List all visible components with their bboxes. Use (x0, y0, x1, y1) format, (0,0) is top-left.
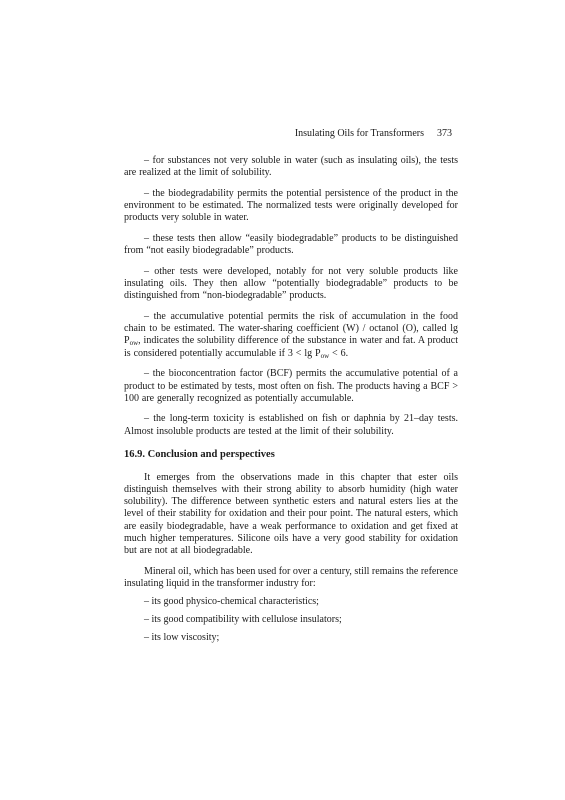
section-heading: 16.9. Conclusion and perspectives (124, 448, 458, 461)
paragraph-conclusion-esters: It emerges from the observations made in… (124, 472, 458, 557)
list-item-viscosity: – its low viscosity; (124, 632, 458, 644)
paragraph-accumulative-potential: – the accumulative potential permits the… (124, 311, 458, 360)
page-content: Insulating Oils for Transformers 373 – f… (124, 128, 458, 649)
text-segment: , indicates the solubility difference of… (124, 335, 458, 358)
paragraph-other-tests: – other tests were developed, notably fo… (124, 266, 458, 303)
paragraph-mineral-oil: Mineral oil, which has been used for ove… (124, 566, 458, 590)
running-header: Insulating Oils for Transformers 373 (124, 128, 458, 140)
list-item-characteristics: – its good physico-chemical characterist… (124, 596, 458, 608)
book-page: Insulating Oils for Transformers 373 – f… (0, 0, 565, 800)
paragraph-solubility-limit: – for substances not very soluble in wat… (124, 155, 458, 179)
paragraph-easily-biodegradable: – these tests then allow “easily biodegr… (124, 233, 458, 257)
text-segment: < 6. (329, 348, 348, 359)
paragraph-biodegradability: – the biodegradability permits the poten… (124, 188, 458, 225)
list-item-compatibility: – its good compatibility with cellulose … (124, 614, 458, 626)
page-number: 373 (437, 128, 452, 140)
subscript-ow: ow (130, 339, 139, 347)
subscript-ow: ow (321, 352, 330, 360)
paragraph-long-term-toxicity: – the long-term toxicity is established … (124, 413, 458, 437)
paragraph-bioconcentration-factor: – the bioconcentration factor (BCF) perm… (124, 368, 458, 405)
running-title: Insulating Oils for Transformers (295, 128, 424, 140)
